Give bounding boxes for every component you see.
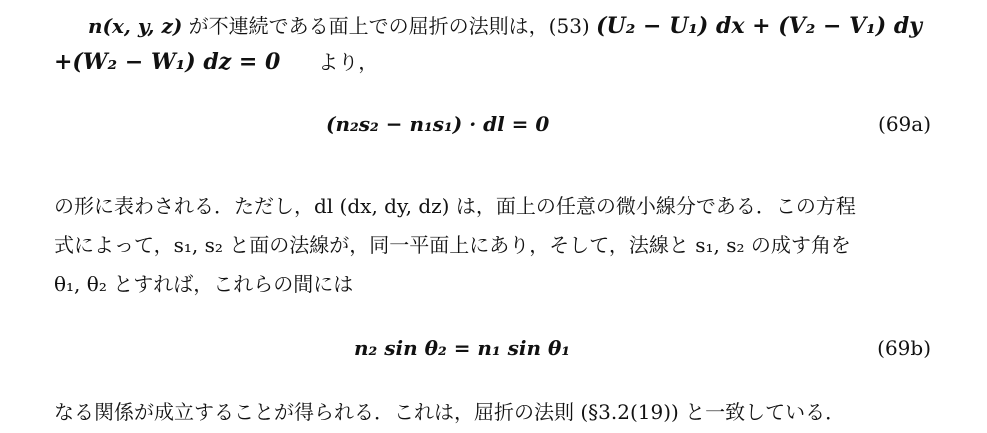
paragraph1-line1: n(x, y, z) が不連続である面上での屈折の法則は，(53) (U₂ − …: [88, 12, 922, 40]
equation-69a: (n₂s₂ − n₁s₁) · dl = 0: [326, 110, 549, 138]
paragraph1-text-end: より，: [318, 50, 378, 74]
equation-69b-label: (69b): [877, 336, 931, 360]
paragraph1-line2: +(W₂ − W₁) dz = 0より，: [54, 48, 378, 76]
boundary-condition-equation: (U₂ − U₁) dx + (V₂ − V₁) dy: [596, 13, 922, 39]
equation-69a-expression: (n₂s₂ − n₁s₁) · dl = 0: [326, 112, 549, 136]
paragraph1-text: が不連続である面上での屈折の法則は，(53): [182, 14, 596, 38]
paragraph2-line2: 式によって，s₁, s₂ と面の法線が，同一平面上にあり，そして，法線と s₁,…: [54, 231, 851, 259]
paragraph3-line1: なる関係が成立することが得られる．これは，屈折の法則 (§3.2(19)) と一…: [54, 398, 845, 426]
equation-69b: n₂ sin θ₂ = n₁ sin θ₁: [354, 334, 570, 362]
paragraph2-line1: の形に表わされる．ただし，dl (dx, dy, dz) は，面上の任意の微小線…: [54, 192, 856, 220]
equation-69b-expression: n₂ sin θ₂ = n₁ sin θ₁: [354, 336, 570, 360]
equation-69a-label: (69a): [878, 112, 931, 136]
paragraph2-line3: θ₁, θ₂ とすれば，これらの間には: [54, 270, 353, 298]
refractive-index-function: n(x, y, z): [88, 14, 182, 38]
boundary-condition-equation-cont: +(W₂ − W₁) dz = 0: [54, 49, 280, 75]
